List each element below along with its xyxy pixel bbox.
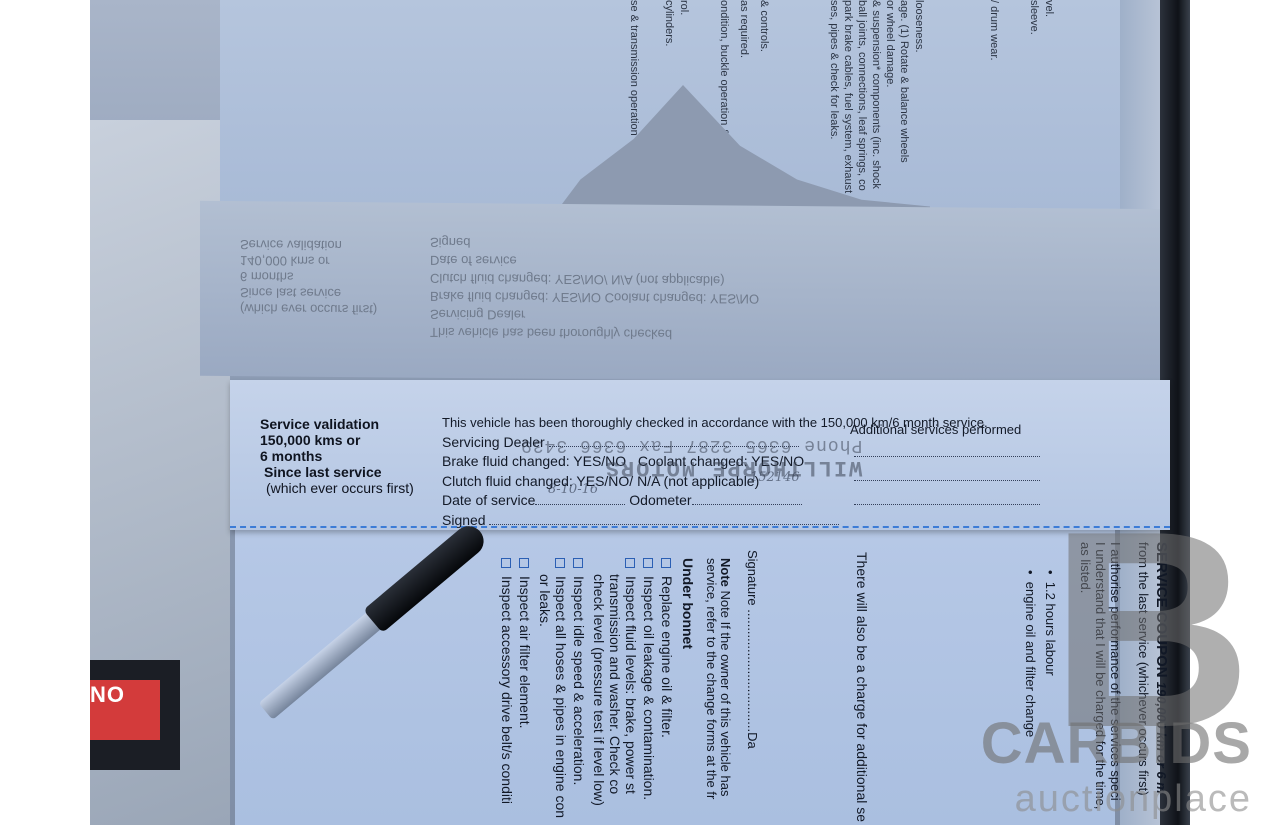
perforation-line	[230, 526, 1170, 528]
checkbox[interactable]	[625, 558, 635, 568]
checkbox[interactable]	[501, 558, 511, 568]
flap-mirrored-heading: (which ever occurs first) Since last ser…	[240, 236, 377, 317]
validation-heading: Service validation	[260, 416, 414, 432]
odometer-field[interactable]: Odometer	[629, 492, 801, 508]
upper-text: as required.	[738, 0, 750, 58]
checkbox[interactable]	[573, 558, 583, 568]
upper-text: cylinders.	[663, 0, 675, 46]
section-title-under-bonnet: Under bonnet	[680, 558, 696, 649]
authorise-text: I understand that I will be charged for …	[1093, 542, 1108, 809]
flap-mirrored-form: This vehicle has been thoroughly checked…	[430, 233, 759, 344]
upper-text: park brake cables, fuel system, exhaust	[842, 0, 854, 193]
lower-page: SERVICE COUPON 190,000 km or 6 m from th…	[235, 530, 1115, 825]
upper-text: ses, pipes & check for leaks.	[828, 0, 840, 139]
note-text: service, refer to the change forms at th…	[704, 558, 719, 799]
checklist-item[interactable]: Replace engine oil & filter.	[659, 558, 675, 738]
upper-text: looseness.	[913, 0, 925, 53]
validation-interval-km: 150,000 kms or	[260, 432, 414, 448]
sticker-text: NO	[90, 682, 125, 708]
handwritten-date: 8-10-16	[548, 482, 598, 497]
validation-heading-block: Service validation 150,000 kms or 6 mont…	[260, 416, 414, 496]
checklist-item-continued: check level (pressure test if level low)	[591, 574, 607, 806]
service-booklet-photo: NO / drum wear. sleeve. vel. looseness. …	[90, 0, 1190, 825]
checklist-item[interactable]: Inspect air filter element.	[517, 558, 533, 729]
checklist-item[interactable]: Inspect fluid levels: brake, power st	[623, 558, 639, 794]
additional-services-line[interactable]	[854, 480, 1040, 481]
additional-services-label: Additional services performed	[850, 422, 1021, 437]
upper-text: & suspension* components (inc. shock	[870, 0, 882, 189]
coupon-title: SERVICE COUPON 190,000 km or 6 m	[1153, 542, 1170, 794]
date-odometer-row: Date of service Odometer	[442, 491, 988, 511]
additional-services-line[interactable]	[854, 456, 1040, 457]
background-sticker: NO	[90, 660, 180, 770]
upper-text: se & transmission operation	[628, 0, 640, 136]
authorise-text: as listed.	[1078, 542, 1093, 593]
bullet-item: • 1.2 hours labour	[1043, 570, 1058, 676]
additional-charge-text: There will also be a charge for addition…	[854, 552, 870, 822]
validation-since: Since last service	[260, 464, 414, 480]
authorise-text: I authorise performance of the services …	[1108, 542, 1123, 801]
dealer-stamp: WILLTHORPE MOTORS Phone 6365 3287 Fax 63…	[520, 435, 862, 480]
checklist-item-continued: or leaks.	[537, 574, 553, 627]
checklist-item[interactable]: Inspect accessory drive belt/s conditi	[499, 558, 515, 804]
bullet-item: • engine oil and filter change	[1023, 570, 1038, 737]
validation-qualifier: (which ever occurs first)	[260, 480, 414, 496]
service-validation-slip: Service validation 150,000 kms or 6 mont…	[230, 380, 1170, 530]
note-text: Note Note If the owner of this vehicle h…	[718, 558, 733, 796]
checkbox[interactable]	[555, 558, 565, 568]
checklist-item-continued: transmission and washer. Check co	[607, 574, 623, 794]
checklist-item[interactable]: Inspect idle speed & acceleration.	[571, 558, 587, 785]
upper-text: rol.	[678, 0, 690, 15]
checkbox[interactable]	[519, 558, 529, 568]
checklist-item[interactable]: Inspect oil leakage & contamination.	[641, 558, 657, 800]
folded-flap: (which ever occurs first) Since last ser…	[200, 201, 1160, 384]
upper-text: or wheel damage.	[884, 0, 896, 87]
upper-text: age. (1) Rotate & balance wheels	[898, 0, 910, 163]
upper-text: / drum wear.	[988, 0, 1000, 61]
signature-line: Signature ..............................…	[745, 550, 760, 749]
checkbox[interactable]	[661, 558, 671, 568]
coupon-subtitle: from the last service (whichever occurs …	[1136, 542, 1151, 796]
checkbox[interactable]	[643, 558, 653, 568]
upper-page: / drum wear. sleeve. vel. looseness. age…	[220, 0, 1120, 215]
additional-services-line[interactable]	[854, 504, 1040, 505]
upper-text: & controls.	[758, 0, 770, 52]
upper-text: ball joints, connections, leaf springs, …	[856, 0, 868, 191]
validation-interval-time: 6 months	[260, 448, 414, 464]
upper-text: vel.	[1043, 0, 1055, 17]
handwritten-odometer: 152146	[750, 470, 800, 485]
checklist-item[interactable]: Inspect all hoses & pipes in engine con	[553, 558, 569, 818]
upper-text: sleeve.	[1028, 0, 1040, 35]
